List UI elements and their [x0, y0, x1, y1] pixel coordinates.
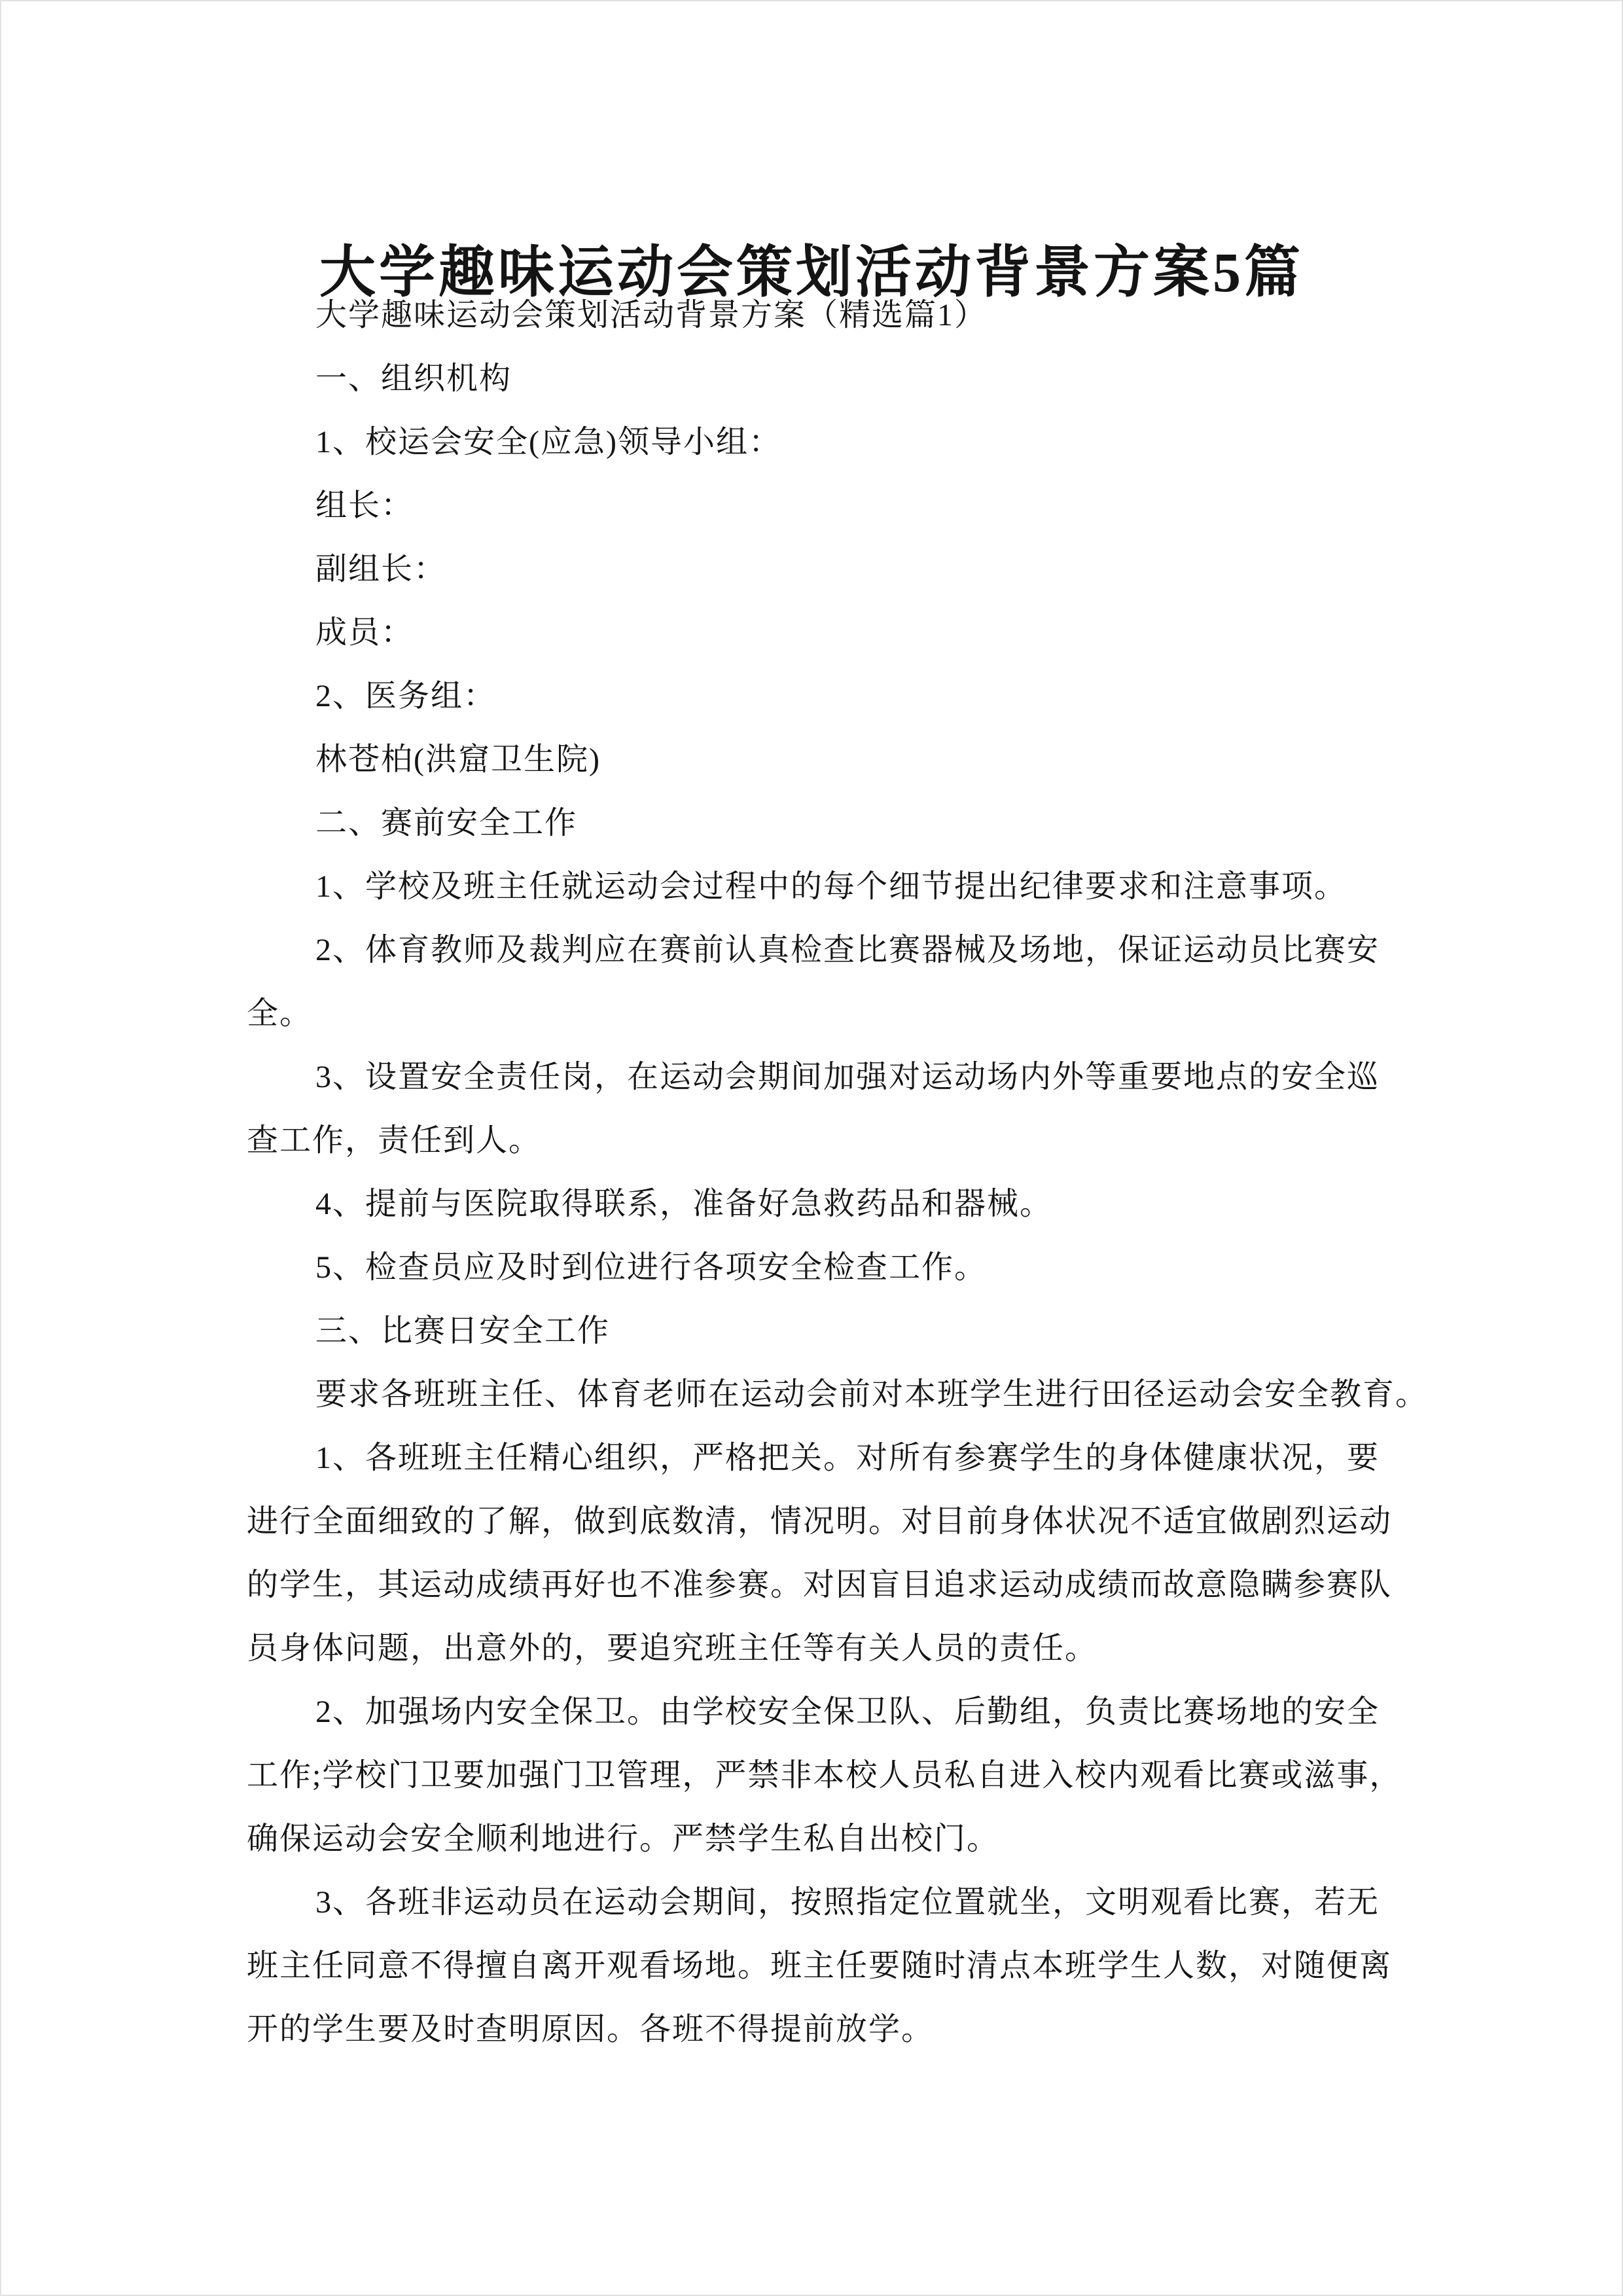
doc-line: 1、校运会安全(应急)领导小组： — [247, 410, 1399, 474]
doc-line: 进行全面细致的了解，做到底数清，情况明。对目前身体状况不适宜做剧烈运动 — [247, 1490, 1399, 1553]
doc-line: 班主任同意不得擅自离开观看场地。班主任要随时清点本班学生人数，对随便离 — [247, 1934, 1399, 1998]
doc-line: 确保运动会安全顺利地进行。严禁学生私自出校门。 — [247, 1807, 1399, 1871]
doc-line: 大学趣味运动会策划活动背景方案（精选篇1） — [247, 283, 1399, 347]
doc-line: 2、加强场内安全保卫。由学校安全保卫队、后勤组，负责比赛场地的安全 — [247, 1680, 1399, 1744]
doc-line: 工作;学校门卫要加强门卫管理，严禁非本校人员私自进入校内观看比赛或滋事， — [247, 1744, 1399, 1807]
doc-line: 副组长： — [247, 537, 1399, 601]
doc-line: 2、医务组： — [247, 664, 1399, 728]
doc-line: 3、设置安全责任岗，在运动会期间加强对运动场内外等重要地点的安全巡 — [247, 1045, 1399, 1109]
doc-line: 要求各班班主任、体育老师在运动会前对本班学生进行田径运动会安全教育。 — [247, 1363, 1399, 1426]
doc-line: 1、各班班主任精心组织，严格把关。对所有参赛学生的身体健康状况，要 — [247, 1426, 1399, 1490]
doc-line: 4、提前与医院取得联系，准备好急救药品和器械。 — [247, 1172, 1399, 1236]
doc-line: 成员： — [247, 601, 1399, 664]
doc-line: 二、赛前安全工作 — [247, 791, 1399, 855]
doc-line: 全。 — [247, 982, 1399, 1045]
doc-line: 林苍柏(洪窟卫生院) — [247, 728, 1399, 791]
doc-line: 一、组织机构 — [247, 347, 1399, 410]
doc-line: 3、各班非运动员在运动会期间，按照指定位置就坐，文明观看比赛，若无 — [247, 1871, 1399, 1934]
doc-line: 查工作，责任到人。 — [247, 1109, 1399, 1172]
doc-line: 员身体问题，出意外的，要追究班主任等有关人员的责任。 — [247, 1617, 1399, 1680]
document-body: 大学趣味运动会策划活动背景方案（精选篇1）一、组织机构1、校运会安全(应急)领导… — [247, 283, 1399, 2061]
doc-line: 三、比赛日安全工作 — [247, 1299, 1399, 1363]
doc-line: 2、体育教师及裁判应在赛前认真检查比赛器械及场地，保证运动员比赛安 — [247, 918, 1399, 982]
doc-line: 1、学校及班主任就运动会过程中的每个细节提出纪律要求和注意事项。 — [247, 855, 1399, 918]
doc-line: 开的学生要及时查明原因。各班不得提前放学。 — [247, 1998, 1399, 2061]
doc-line: 5、检查员应及时到位进行各项安全检查工作。 — [247, 1236, 1399, 1299]
document-page: 大学趣味运动会策划活动背景方案5篇 大学趣味运动会策划活动背景方案（精选篇1）一… — [0, 0, 1623, 2296]
doc-line: 的学生，其运动成绩再好也不准参赛。对因盲目追求运动成绩而故意隐瞒参赛队 — [247, 1553, 1399, 1617]
doc-line: 组长： — [247, 474, 1399, 537]
